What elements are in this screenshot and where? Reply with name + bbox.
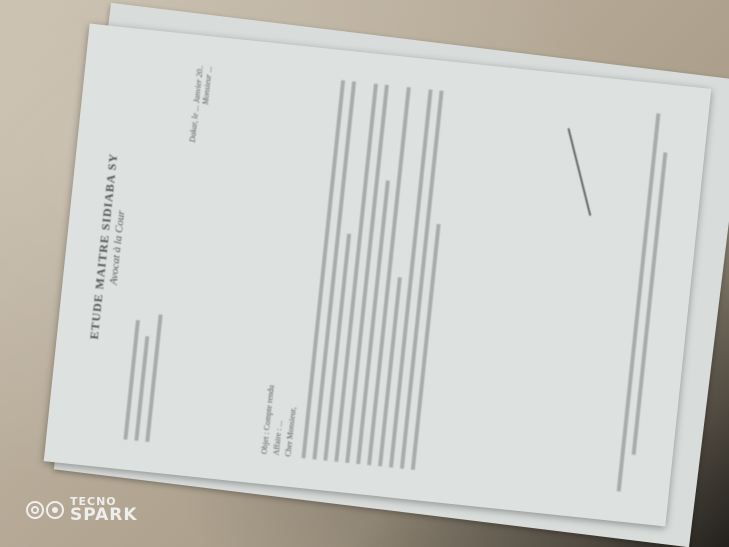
letter-body: Objet : Compte rendu Affaire : ... Cher … <box>259 76 455 470</box>
watermark-model: SPARK <box>70 507 138 524</box>
tecno-logo-icon <box>26 501 64 519</box>
letter-paper: ETUDE MAITRE SIDIABA SY Avocat à la Cour… <box>44 24 712 527</box>
camera-watermark: TECNO SPARK <box>26 496 138 524</box>
letter-content: ETUDE MAITRE SIDIABA SY Avocat à la Cour… <box>44 24 712 527</box>
recipient-block: Dakar, le ... Janvier 20.. Monsieur ... <box>188 65 214 144</box>
sender-address <box>123 290 165 442</box>
letter-footer <box>610 113 679 494</box>
signature <box>519 128 591 228</box>
letter-page: ETUDE MAITRE SIDIABA SY Avocat à la Cour… <box>44 24 712 527</box>
